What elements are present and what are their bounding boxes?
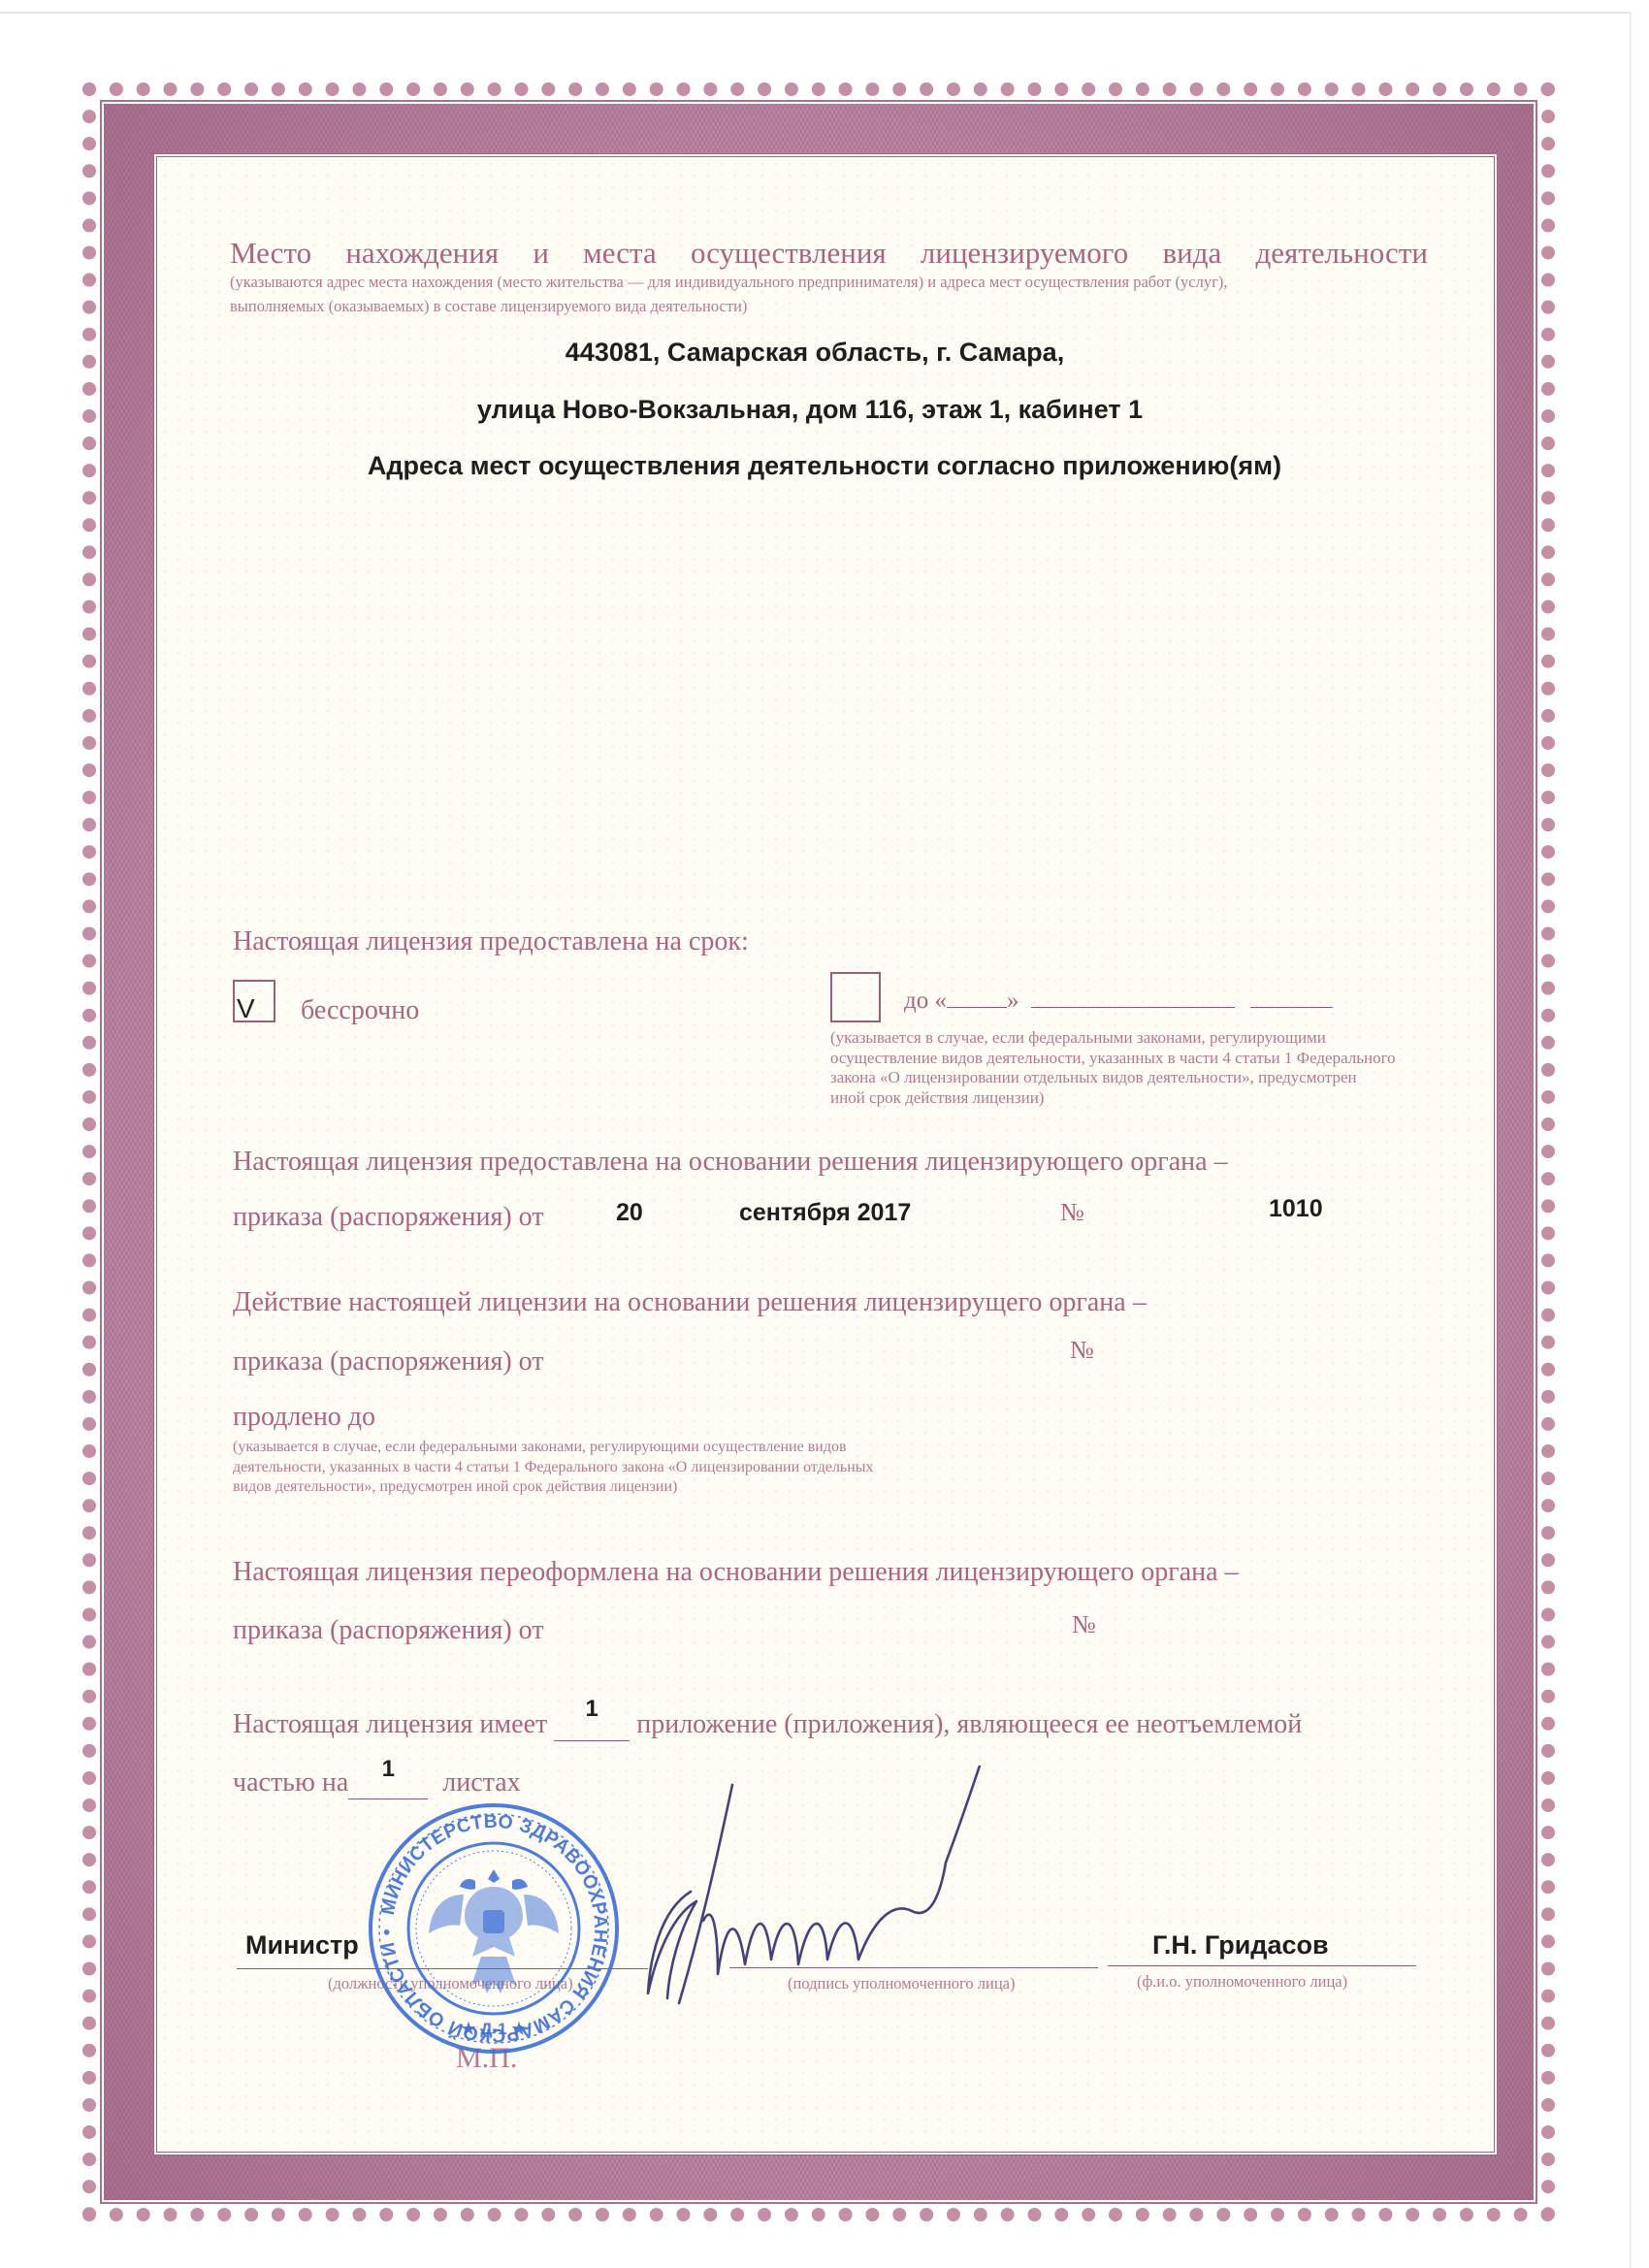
until-note-line: осуществление видов деятельности, указан… <box>830 1049 1396 1069</box>
address-line3: Адреса мест осуществления деятельности с… <box>0 451 1649 481</box>
appendix-prefix: Настоящая лицензия имеет <box>233 1709 547 1739</box>
appendix-sheets-field: 1 <box>348 1767 428 1799</box>
extended-order-label: приказа (распоряжения) от <box>233 1346 544 1377</box>
address-line2: улица Ново-Вокзальная, дом 116, этаж 1, … <box>0 395 1649 425</box>
extended-until-label: продлено до <box>233 1402 375 1433</box>
extended-note-line: (указывается в случае, если федеральными… <box>233 1438 874 1458</box>
handwritten-signature <box>621 1766 1222 2008</box>
appendix-count-field: 1 <box>554 1709 630 1741</box>
appendix-count: 1 <box>554 1696 630 1723</box>
indefinite-label: бессрочно <box>301 995 419 1026</box>
reissued-line1: Настоящая лицензия переоформлена на осно… <box>233 1557 1239 1588</box>
granted-number-label: № <box>1060 1198 1084 1227</box>
granted-line1: Настоящая лицензия предоставлена на осно… <box>233 1147 1228 1178</box>
appendix-sheets-prefix: частью на <box>233 1767 348 1798</box>
granted-day: 20 <box>616 1199 643 1227</box>
signatory-position: Министр <box>245 1930 359 1960</box>
location-title-word: лицензируемого <box>921 236 1128 271</box>
location-hint-line1: (указываются адрес места нахождения (мес… <box>230 273 1228 292</box>
check-mark: V <box>237 993 255 1024</box>
extended-line1: Действие настоящей лицензии на основании… <box>233 1287 1147 1318</box>
until-year-field[interactable] <box>1250 1007 1333 1008</box>
location-title-word: места <box>583 236 657 271</box>
appendix-sheets-suffix: листах <box>442 1767 520 1798</box>
location-title: Местонахожденияиместаосуществлениялиценз… <box>230 236 1428 271</box>
until-note-line: (указывается в случае, если федеральными… <box>830 1028 1396 1049</box>
extended-note: (указывается в случае, если федеральными… <box>233 1438 874 1498</box>
reissued-number-label: № <box>1072 1610 1096 1639</box>
location-title-word: Место <box>230 236 311 271</box>
until-note: (указывается в случае, если федеральными… <box>830 1028 1396 1108</box>
location-title-word: деятельности <box>1255 236 1427 271</box>
until-prefix: до « <box>904 988 947 1014</box>
term-heading: Настоящая лицензия предоставлена на срок… <box>233 926 749 957</box>
granted-order-label: приказа (распоряжения) от <box>233 1202 544 1233</box>
until-date-checkbox[interactable] <box>830 972 881 1022</box>
until-note-line: закона «О лицензировании отдельных видов… <box>830 1068 1396 1088</box>
reissued-order-label: приказа (распоряжения) от <box>233 1615 544 1646</box>
official-stamp: МИНИСТЕРСТВО ЗДРАВООХРАНЕНИЯ САМАРСКОЙ О… <box>367 1801 621 2056</box>
granted-number: 1010 <box>1269 1195 1323 1223</box>
until-day-field[interactable] <box>947 1007 1007 1008</box>
location-title-word: вида <box>1162 236 1221 271</box>
indefinite-checkbox[interactable]: V <box>233 980 275 1022</box>
eagle-emblem-icon <box>429 1869 559 1993</box>
appendix-sheets: 1 <box>348 1756 428 1783</box>
extended-note-line: видов деятельности», предусмотрен иной с… <box>233 1477 874 1498</box>
location-title-word: и <box>533 236 549 271</box>
location-title-word: нахождения <box>345 236 499 271</box>
address-line1: 443081, Самарская область, г. Самара, <box>0 338 1649 368</box>
until-note-line: иной срок действия лицензии) <box>830 1088 1396 1109</box>
appendix-suffix: приложение (приложения), являющееся ее н… <box>636 1709 1302 1739</box>
extended-number-label: № <box>1070 1336 1094 1365</box>
appendix-line2: частью на1 листах <box>233 1767 521 1799</box>
location-title-word: осуществления <box>691 236 887 271</box>
until-mid: » <box>1007 988 1019 1014</box>
until-month-field[interactable] <box>1031 1007 1235 1008</box>
location-hint-line2: выполняемых (оказываемых) в составе лице… <box>230 297 747 316</box>
until-date-field: до «» <box>904 988 1341 1015</box>
extended-note-line: деятельности, указанных в части 4 статьи… <box>233 1458 874 1478</box>
svg-text:★ Д-1 ★: ★ Д-1 ★ <box>461 2020 527 2038</box>
appendix-line1: Настоящая лицензия имеет 1 приложение (п… <box>233 1709 1302 1741</box>
granted-month-year: сентября 2017 <box>739 1199 911 1227</box>
